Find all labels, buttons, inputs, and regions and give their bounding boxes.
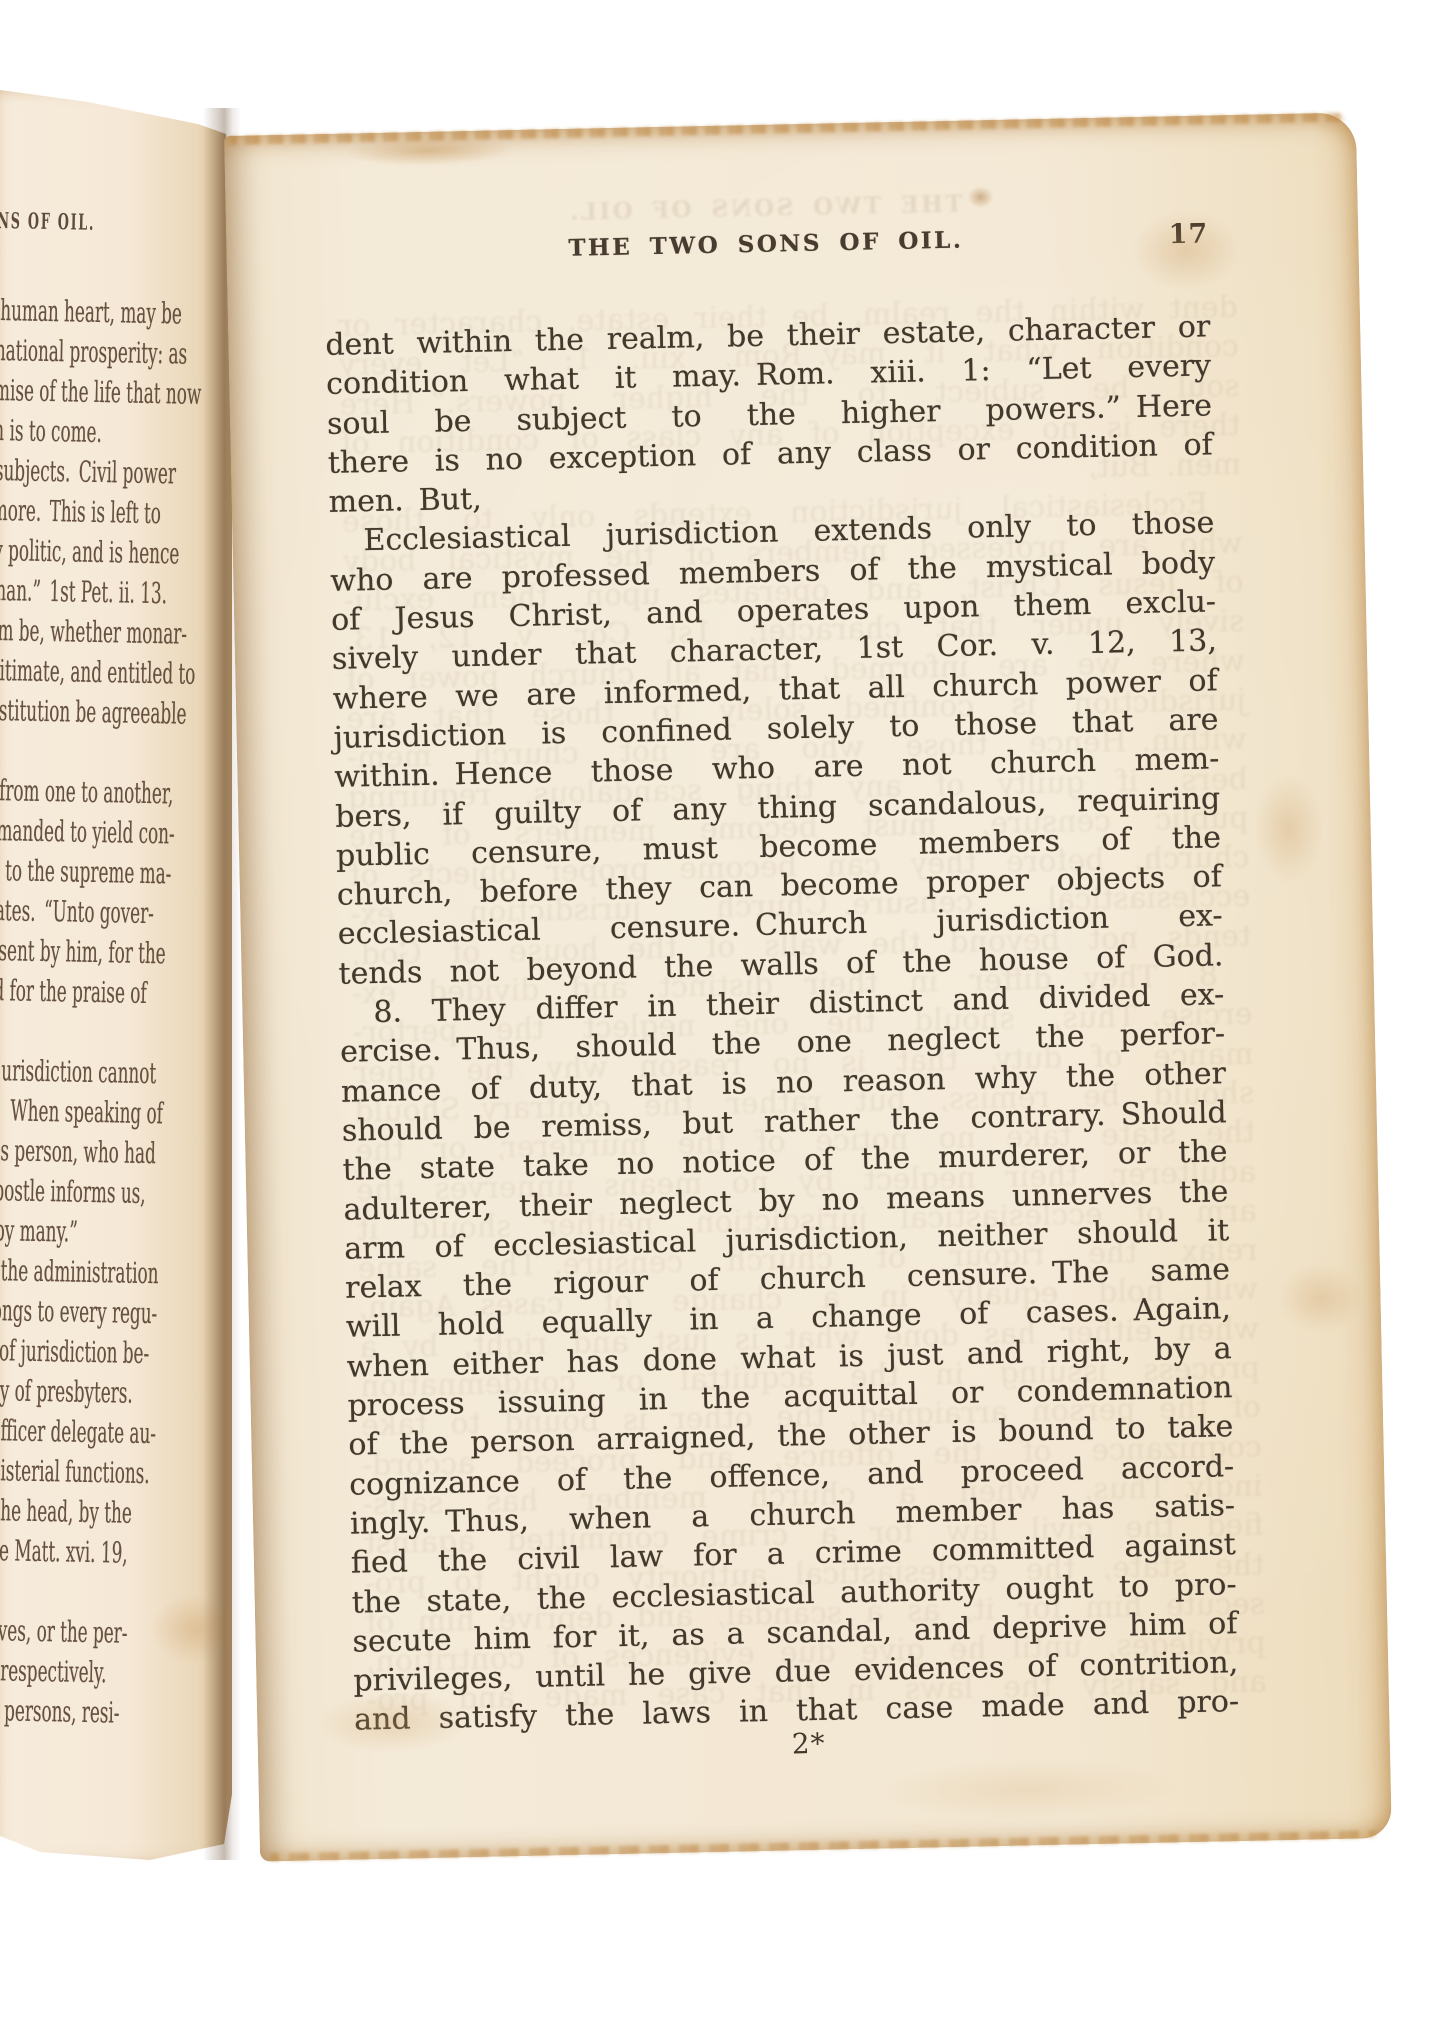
left-page-line-fragment: y politic, and is hence — [0, 530, 223, 574]
left-page-line-fragment: or the administration — [0, 1250, 210, 1294]
left-page-line-fragment: all persons, resi- — [0, 1690, 201, 1734]
left-page-line-fragment: d by many.” — [0, 1210, 210, 1254]
left-page-line-fragment: human heart, may be — [0, 290, 228, 334]
left-page-line-fragment: officer delegate au- — [0, 1410, 207, 1454]
left-page-line-fragment: elongs to every regu- — [0, 1290, 209, 1334]
left-page-line-fragment: from one to another, — [0, 770, 219, 814]
left-page-line-fragment: tory of presbyters. — [0, 1370, 207, 1414]
foxing-spot — [344, 134, 515, 168]
running-header-row: THE TWO SONS OF OIL. 17 — [323, 221, 1209, 274]
right-page: THE TWO SONS OF OIL. dent within the rea… — [224, 112, 1392, 1861]
book-photo: NS OF OIL. human heart, may benational p… — [0, 0, 1445, 2023]
left-page-line-fragment — [0, 1010, 214, 1054]
right-page-body: dent within the realm, be their estate, … — [325, 307, 1239, 1740]
left-page-line-fragment — [0, 730, 220, 774]
left-page-line-fragment: nstitution be agreeable — [0, 690, 220, 734]
foxing-spot — [1253, 773, 1325, 884]
running-header-title: THE TWO SONS OF OIL. — [323, 221, 1208, 267]
signature-mark: 2* — [791, 1727, 826, 1761]
left-page-line-fragment: er of jurisdiction be- — [0, 1330, 208, 1374]
left-page-lines: human heart, may benational prosperity: … — [0, 290, 228, 1734]
left-page-line-fragment: man.” 1st Pet. ii. 13. — [0, 570, 223, 614]
foxing-spot — [1278, 1262, 1365, 1334]
left-page-line-fragment: f jurisdiction cannot — [0, 1050, 213, 1094]
left-page-line-fragment: nd for the praise of — [0, 970, 215, 1014]
left-page-line-fragment: sent by him, for the — [0, 930, 216, 974]
left-page-line-fragment: subjects. Civil power — [0, 450, 225, 494]
page-number: 17 — [1168, 218, 1208, 250]
left-page-text-block: NS OF OIL. human heart, may benational p… — [0, 84, 232, 1874]
left-page-line-fragment: When speaking of — [0, 1090, 213, 1134]
left-page-line-fragment: mise of the life that now — [0, 370, 226, 414]
left-page: NS OF OIL. human heart, may benational p… — [0, 84, 232, 1870]
left-page-line-fragment: gitimate, and entitled to — [0, 650, 221, 694]
left-page-line-fragment: ninisterial functions. — [0, 1450, 206, 1494]
foxing-spot — [967, 186, 993, 209]
left-page-line-fragment: nmanded to yield con- — [0, 810, 218, 854]
left-page-line-fragment: ed respectively. — [0, 1650, 202, 1694]
left-page-line-fragment: ly to the supreme ma- — [0, 850, 217, 894]
left-page-line-fragment: latives, or the per- — [0, 1610, 203, 1654]
left-page-line-fragment: ous person, who had — [0, 1130, 212, 1174]
left-page-line-fragment: apostle informs us, — [0, 1170, 211, 1214]
left-page-line-fragment: See Matt. xvi. 19, — [0, 1530, 204, 1574]
left-page-line-fragment: n is to come. — [0, 410, 226, 454]
left-page-line-fragment: more. This is left to — [0, 490, 224, 534]
left-page-line-fragment — [0, 1570, 203, 1614]
left-page-line-fragment: t, the head, by the — [0, 1490, 205, 1534]
left-running-header: NS OF OIL. — [0, 208, 230, 238]
left-page-line-fragment: rm be, whether monar- — [0, 610, 222, 654]
left-page-line-fragment: national prosperity: as — [0, 330, 227, 374]
foxing-spot — [878, 1756, 1179, 1822]
left-page-line-fragment: gates. “Unto gover- — [0, 890, 216, 934]
